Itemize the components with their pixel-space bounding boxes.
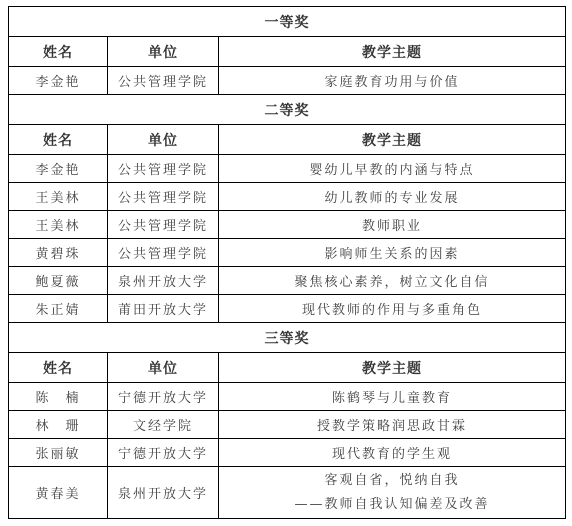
name-cell: 张丽敏 <box>9 439 108 467</box>
name-cell: 王美林 <box>9 183 108 211</box>
unit-cell: 公共管理学院 <box>108 155 219 183</box>
column-header-unit: 单位 <box>108 353 219 383</box>
column-header-name: 姓名 <box>9 37 108 67</box>
topic-line-1: 客观自省，悦纳自我 <box>219 469 565 493</box>
name-cell: 鲍夏薇 <box>9 267 108 295</box>
column-header-row: 姓名 单位 教学主题 <box>9 37 566 67</box>
unit-cell: 莆田开放大学 <box>108 295 219 323</box>
unit-cell: 公共管理学院 <box>108 67 219 95</box>
name-cell: 陈 楠 <box>9 383 108 411</box>
table-section-row: 二等奖 <box>9 95 566 125</box>
page: { "columns": { "name": "姓名", "unit": "单位… <box>0 0 572 526</box>
unit-cell: 公共管理学院 <box>108 211 219 239</box>
unit-cell: 泉州开放大学 <box>108 267 219 295</box>
topic-cell: 婴幼儿早教的内涵与特点 <box>219 155 566 183</box>
topic-cell: 影响师生关系的因素 <box>219 239 566 267</box>
column-header-topic: 教学主题 <box>219 37 566 67</box>
table-row: 陈 楠 宁德开放大学 陈鹤琴与儿童教育 <box>9 383 566 411</box>
topic-cell: 现代教师的作用与多重角色 <box>219 295 566 323</box>
name-cell: 朱正婧 <box>9 295 108 323</box>
table-row: 鲍夏薇 泉州开放大学 聚焦核心素养，树立文化自信 <box>9 267 566 295</box>
column-header-name: 姓名 <box>9 125 108 155</box>
table-row: 黄碧珠 公共管理学院 影响师生关系的因素 <box>9 239 566 267</box>
table-row: 朱正婧 莆田开放大学 现代教师的作用与多重角色 <box>9 295 566 323</box>
table-section-row: 三等奖 <box>9 323 566 353</box>
table-row: 王美林 公共管理学院 幼儿教师的专业发展 <box>9 183 566 211</box>
topic-cell: 家庭教育功用与价值 <box>219 67 566 95</box>
name-cell: 黄碧珠 <box>9 239 108 267</box>
topic-cell: 聚焦核心素养，树立文化自信 <box>219 267 566 295</box>
topic-cell: 客观自省，悦纳自我 ——教师自我认知偏差及改善 <box>219 467 566 519</box>
topic-cell: 现代教育的学生观 <box>219 439 566 467</box>
topic-line-2: ——教师自我认知偏差及改善 <box>219 493 565 517</box>
column-header-unit: 单位 <box>108 37 219 67</box>
column-header-topic: 教学主题 <box>219 353 566 383</box>
table-row: 李金艳 公共管理学院 婴幼儿早教的内涵与特点 <box>9 155 566 183</box>
name-cell: 李金艳 <box>9 155 108 183</box>
unit-cell: 泉州开放大学 <box>108 467 219 519</box>
unit-cell: 文经学院 <box>108 411 219 439</box>
unit-cell: 公共管理学院 <box>108 239 219 267</box>
column-header-unit: 单位 <box>108 125 219 155</box>
section-title-third-prize: 三等奖 <box>9 323 566 353</box>
name-cell: 黄春美 <box>9 467 108 519</box>
unit-cell: 宁德开放大学 <box>108 439 219 467</box>
column-header-topic: 教学主题 <box>219 125 566 155</box>
column-header-row: 姓名 单位 教学主题 <box>9 353 566 383</box>
topic-cell: 幼儿教师的专业发展 <box>219 183 566 211</box>
section-title-second-prize: 二等奖 <box>9 95 566 125</box>
table-row: 黄春美 泉州开放大学 客观自省，悦纳自我 ——教师自我认知偏差及改善 <box>9 467 566 519</box>
table-row: 张丽敏 宁德开放大学 现代教育的学生观 <box>9 439 566 467</box>
table-row: 林 珊 文经学院 授教学策略润思政甘霖 <box>9 411 566 439</box>
table-section-row: 一等奖 <box>9 7 566 37</box>
topic-cell: 授教学策略润思政甘霖 <box>219 411 566 439</box>
topic-cell: 教师职业 <box>219 211 566 239</box>
name-cell: 李金艳 <box>9 67 108 95</box>
topic-cell: 陈鹤琴与儿童教育 <box>219 383 566 411</box>
column-header-name: 姓名 <box>9 353 108 383</box>
table-row: 李金艳 公共管理学院 家庭教育功用与价值 <box>9 67 566 95</box>
table-row: 王美林 公共管理学院 教师职业 <box>9 211 566 239</box>
name-cell: 林 珊 <box>9 411 108 439</box>
name-cell: 王美林 <box>9 211 108 239</box>
unit-cell: 公共管理学院 <box>108 183 219 211</box>
unit-cell: 宁德开放大学 <box>108 383 219 411</box>
column-header-row: 姓名 单位 教学主题 <box>9 125 566 155</box>
section-title-first-prize: 一等奖 <box>9 7 566 37</box>
awards-table: 一等奖 姓名 单位 教学主题 李金艳 公共管理学院 家庭教育功用与价值 二等奖 … <box>8 6 566 519</box>
